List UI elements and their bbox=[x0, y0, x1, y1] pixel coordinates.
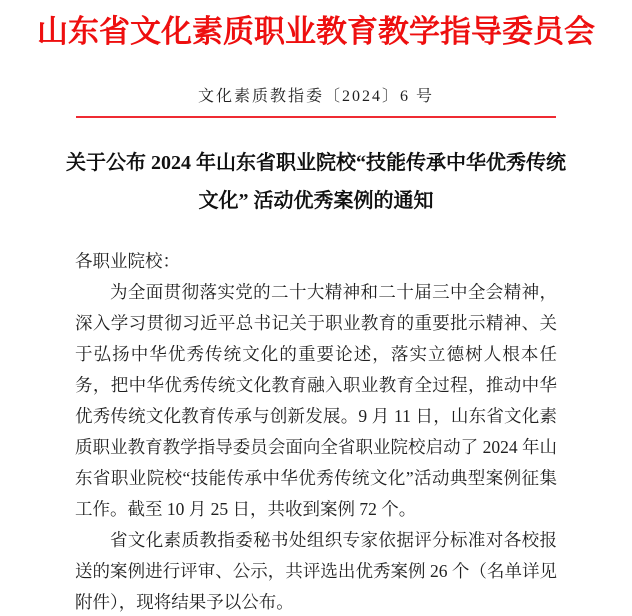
body-paragraph-1: 为全面贯彻落实党的二十大精神和二十届三中全会精神，深入学习贯彻习近平总书记关于职… bbox=[75, 277, 557, 525]
notice-title-line-1: 关于公布 2024 年山东省职业院校“技能传承中华优秀传统 bbox=[0, 144, 632, 182]
salutation: 各职业院校： bbox=[75, 246, 557, 277]
notice-title: 关于公布 2024 年山东省职业院校“技能传承中华优秀传统 文化” 活动优秀案例… bbox=[0, 144, 632, 220]
red-divider-line bbox=[76, 116, 556, 118]
document-number: 文化素质教指委〔2024〕6 号 bbox=[0, 86, 632, 108]
notice-title-line-2: 文化” 活动优秀案例的通知 bbox=[0, 182, 632, 220]
document-page: 山东省文化素质职业教育教学指导委员会 文化素质教指委〔2024〕6 号 关于公布… bbox=[0, 0, 632, 616]
body-paragraph-2: 省文化素质教指委秘书处组织专家依据评分标准对各校报送的案例进行评审、公示，共评选… bbox=[75, 525, 557, 616]
document-header-title: 山东省文化素质职业教育教学指导委员会 bbox=[0, 0, 632, 52]
notice-body: 各职业院校： 为全面贯彻落实党的二十大精神和二十届三中全会精神，深入学习贯彻习近… bbox=[75, 246, 557, 616]
